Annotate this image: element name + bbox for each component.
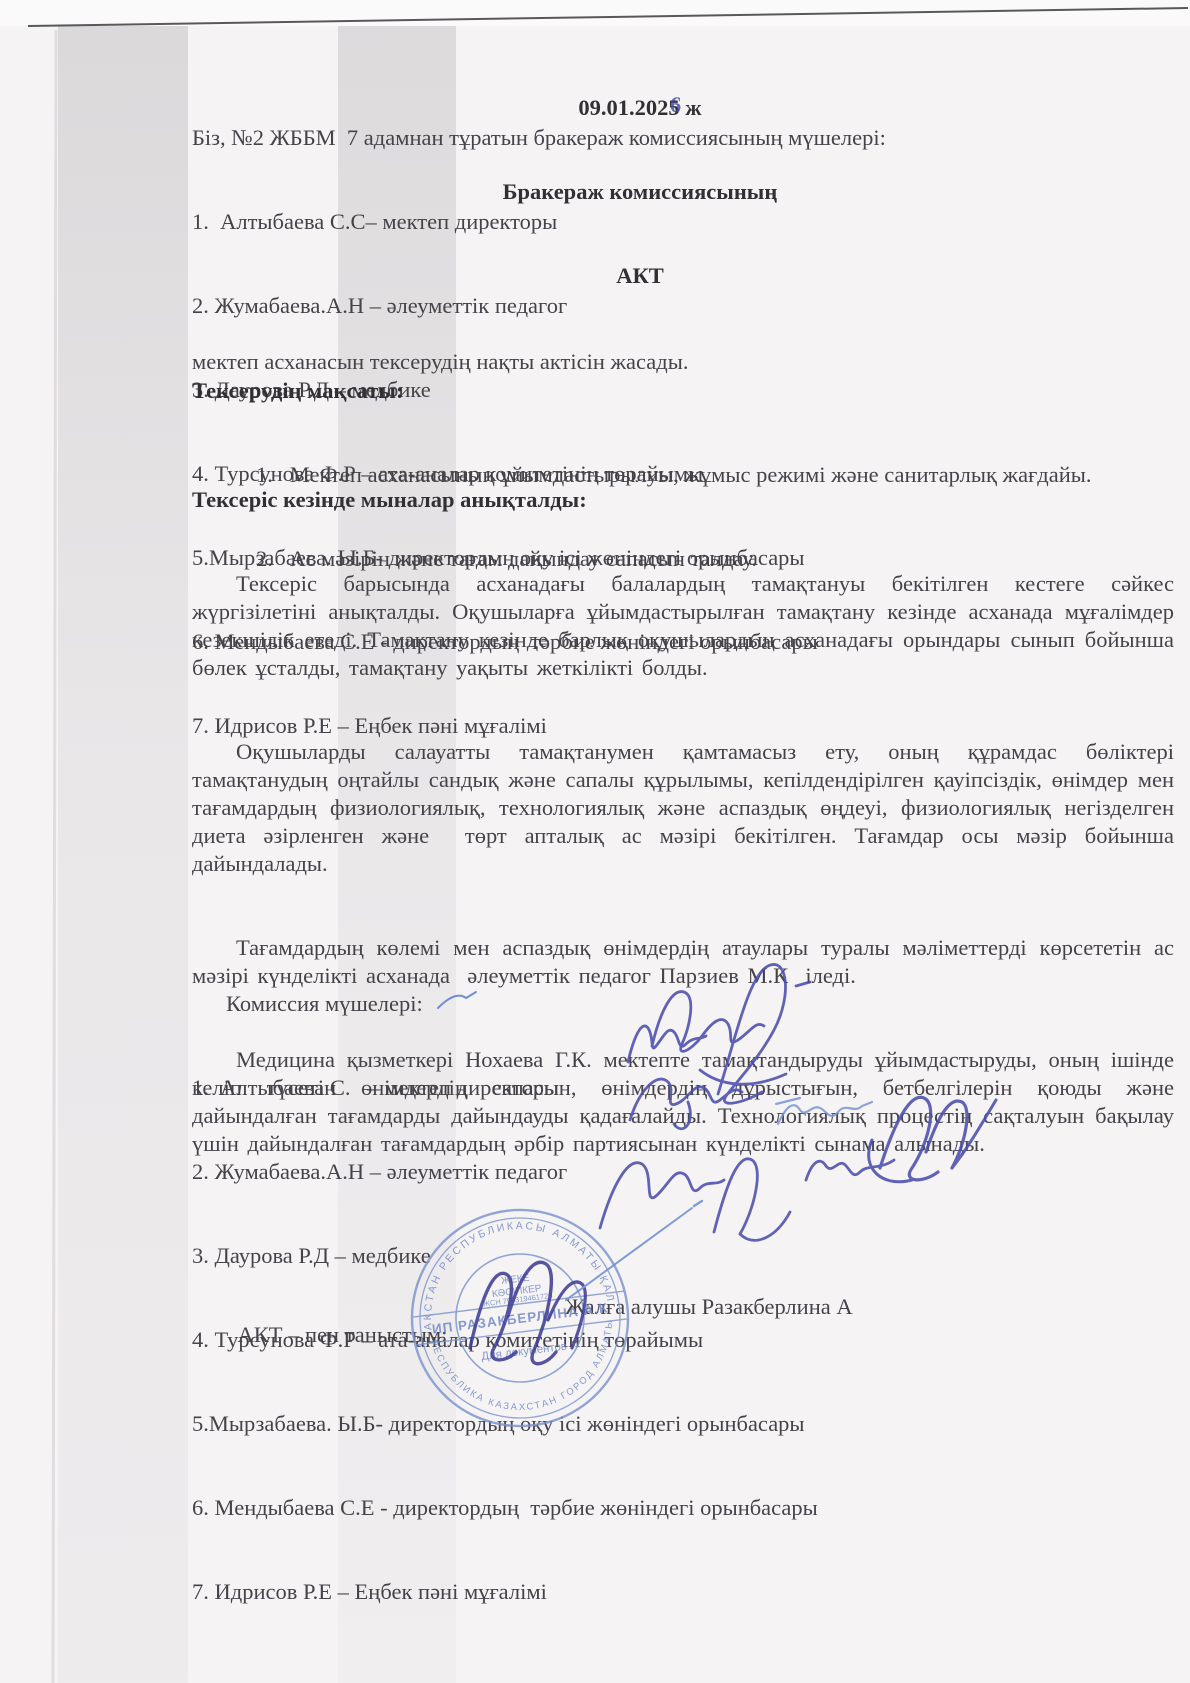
commission-member-line: 2. Жумабаева.А.Н – әлеуметтік педагог — [192, 1158, 1182, 1186]
findings-paragraph: Оқушыларды салауатты тамақтанумен қамтам… — [192, 738, 1174, 878]
commission-member-line: 7. Идрисов Р.Е – Еңбек пәні мұғалімі — [192, 1578, 1182, 1606]
photocopy-streak-left — [58, 26, 188, 1683]
stamp-svg: ҚАЗАҚСТАН РЕСПУБЛИКАСЫ АЛМАТЫ ҚАЛАСЫ РЕС… — [392, 1190, 648, 1446]
findings-paragraph: Тексеріс барысында асханадағы балалардың… — [192, 570, 1174, 682]
member-line: 1. Алтыбаева С.С– мектеп директоры — [192, 208, 1182, 236]
findings-paragraph: Тағамдардың көлемі мен аспаздық өнімдерд… — [192, 934, 1174, 990]
act-made-line: мектеп асханасын тексерудің нақты актісі… — [192, 348, 1172, 376]
commission-member-line: 3. Даурова Р.Д – медбике — [192, 1242, 1182, 1270]
commission-member-line: 5.Мырзабаева. Ы.Б- директордың оқу ісі ж… — [192, 1410, 1182, 1438]
scanned-document-page: 09.01.20256 ж Бракераж комиссиясының АКТ… — [0, 0, 1190, 1683]
commission-member-line: 1. Алтыбаева С. – мектеп директоры — [192, 1074, 1182, 1102]
intro-line: Біз, №2 ЖББМ 7 адамнан тұратын бракераж … — [192, 124, 1172, 152]
commission-member-line: 6. Мендыбаева С.Е - директордың тәрбие ж… — [192, 1494, 1182, 1522]
scanner-edge-strip — [0, 0, 1190, 26]
document-date: 09.01.20256 ж — [190, 94, 1090, 122]
purpose-item: 1. Мектеп асханасының ұйымдастырылуы, жұ… — [256, 461, 1186, 489]
findings-heading: Тексеріс кезінде мыналар анықталды: — [192, 486, 587, 514]
paper-left-edge — [53, 30, 56, 1683]
acknowledgement-line: АКТ – пен таныстым: Жалға алушы Разакбер… — [215, 1293, 1175, 1405]
round-stamp: ҚАЗАҚСТАН РЕСПУБЛИКАСЫ АЛМАТЫ ҚАЛАСЫ РЕС… — [392, 1190, 648, 1446]
date-pen-correction: 6 — [670, 91, 683, 120]
commission-heading: Комиссия мүшелері: — [226, 990, 423, 1018]
member-line: 2. Жумабаева.А.Н – әлеуметтік педагог — [192, 292, 1182, 320]
stamp-dlya-dokumentov-text: Для документов — [481, 1341, 568, 1363]
purpose-heading: Тексерудің мақсаты: — [192, 377, 404, 405]
